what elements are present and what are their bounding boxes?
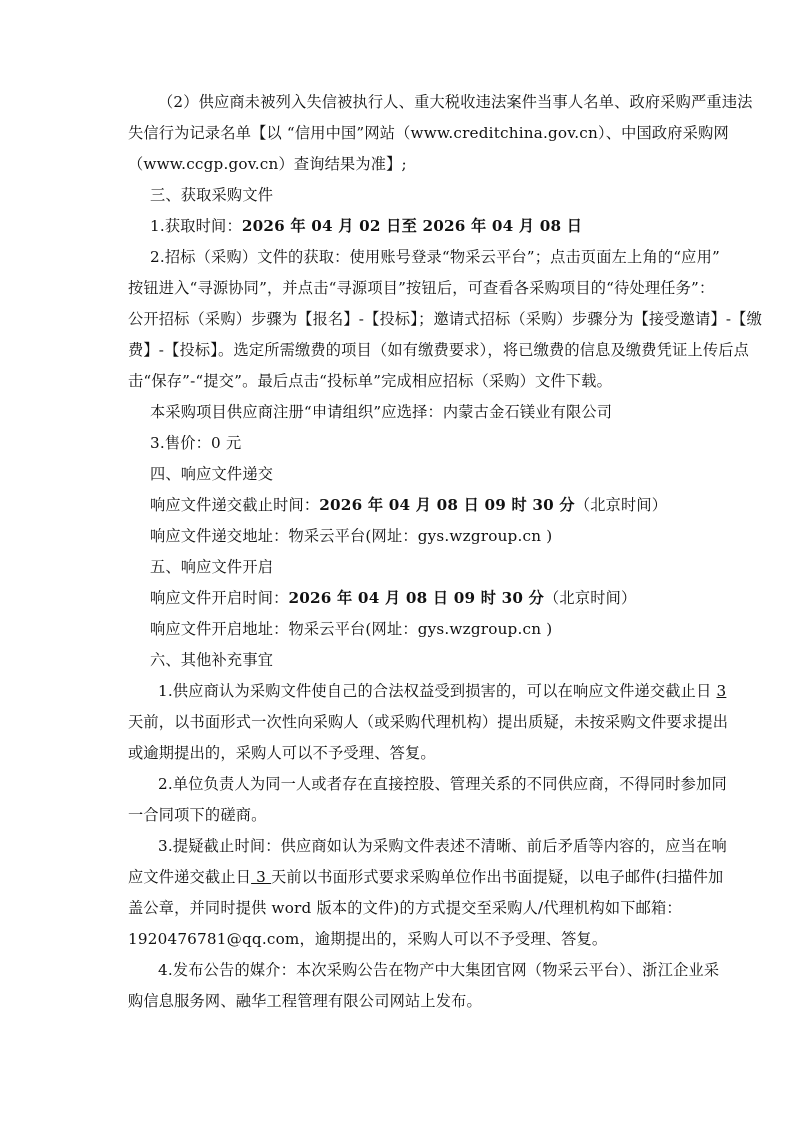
line-text: 3.提疑截止时间：供应商如认为采购文件表述不清晰、前后矛盾等内容的，应当在响 bbox=[158, 837, 727, 855]
paragraph-line: 本采购项目供应商注册“申请组织”应选择：内蒙古金石镁业有限公司 bbox=[150, 402, 684, 422]
timezone-note: （北京时间） bbox=[575, 496, 667, 514]
paragraph-line: 按钮进入“寻源协同”，并点击“寻源项目”按钮后，可查看各采购项目的“待处理任务”… bbox=[128, 278, 684, 298]
paragraph-line: 购信息服务网、融华工程管理有限公司网站上发布。 bbox=[128, 991, 684, 1011]
section-heading-5: 五、响应文件开启 bbox=[150, 557, 706, 577]
line-label: 1.获取时间： bbox=[150, 217, 242, 235]
paragraph-line: 失信行为记录名单【以 “信用中国”网站（www.creditchina.gov.… bbox=[128, 123, 684, 143]
line-text: 响应文件开启地址：物采云平台(网址：gys.wzgroup.cn ) bbox=[150, 620, 552, 638]
line-text: 本采购项目供应商注册“申请组织”应选择：内蒙古金石镁业有限公司 bbox=[150, 403, 612, 421]
paragraph-line: 1.供应商认为采购文件使自己的合法权益受到损害的，可以在响应文件递交截止日 3 bbox=[158, 681, 684, 701]
line-text: 1920476781@qq.com，逾期提出的，采购人可以不予受理、答复。 bbox=[128, 930, 607, 948]
heading-text: 六、其他补充事宜 bbox=[150, 651, 273, 669]
email-line: 1920476781@qq.com，逾期提出的，采购人可以不予受理、答复。 bbox=[128, 929, 684, 949]
line-text: 3.售价：0 元 bbox=[150, 434, 241, 452]
line-label: 响应文件开启时间： bbox=[150, 589, 289, 607]
submission-deadline: 2026 年 04 月 08 日 09 时 30 分 bbox=[319, 496, 575, 514]
line-text: 1.供应商认为采购文件使自己的合法权益受到损害的，可以在响应文件递交截止日 bbox=[158, 682, 716, 700]
line-text: 盖公章，并同时提供 word 版本的文件)的方式提交至采购人/代理机构如下邮箱： bbox=[128, 899, 682, 917]
paragraph-line: 应文件递交截止日 3 天前以书面形式要求采购单位作出书面提疑，以电子邮件(扫描件… bbox=[128, 867, 684, 887]
line-text: （2）供应商未被列入失信被执行人、重大税收违法案件当事人名单、政府采购严重违法 bbox=[158, 93, 753, 111]
line-text: 天前以书面形式要求采购单位作出书面提疑，以电子邮件(扫描件加 bbox=[271, 868, 723, 886]
paragraph-line: 响应文件递交地址：物采云平台(网址：gys.wzgroup.cn ) bbox=[150, 526, 684, 546]
line-label: 响应文件递交截止时间： bbox=[150, 496, 319, 514]
paragraph-line: 公开招标（采购）步骤为【报名】-【投标】；邀请式招标（采购）步骤分为【接受邀请】… bbox=[128, 309, 684, 329]
paragraph-line: 响应文件开启地址：物采云平台(网址：gys.wzgroup.cn ) bbox=[150, 619, 684, 639]
section-heading-3: 三、获取采购文件 bbox=[150, 185, 706, 205]
heading-text: 四、响应文件递交 bbox=[150, 465, 273, 483]
section-heading-6: 六、其他补充事宜 bbox=[150, 650, 706, 670]
paragraph-line: 盖公章，并同时提供 word 版本的文件)的方式提交至采购人/代理机构如下邮箱： bbox=[128, 898, 684, 918]
paragraph-line: 一合同项下的磋商。 bbox=[128, 805, 684, 825]
line-text: 费】-【投标】。选定所需缴费的项目（如有缴费要求），将已缴费的信息及缴费凭证上传… bbox=[128, 341, 749, 359]
line-text: 4.发布公告的媒介：本次采购公告在物产中大集团官网（物采云平台）、浙江企业采 bbox=[158, 961, 719, 979]
price-line: 3.售价：0 元 bbox=[150, 433, 706, 453]
line-text: 2.招标（采购）文件的获取：使用账号登录“物采云平台”；点击页面左上角的“应用” bbox=[150, 248, 720, 266]
heading-text: 三、获取采购文件 bbox=[150, 186, 273, 204]
paragraph-line: 或逾期提出的，采购人可以不予受理、答复。 bbox=[128, 743, 684, 763]
timezone-note: （北京时间） bbox=[544, 589, 636, 607]
paragraph-line: 费】-【投标】。选定所需缴费的项目（如有缴费要求），将已缴费的信息及缴费凭证上传… bbox=[128, 340, 684, 360]
acquisition-date-range: 2026 年 04 月 02 日至 2026 年 04 月 08 日 bbox=[242, 217, 582, 235]
paragraph-line: 2.招标（采购）文件的获取：使用账号登录“物采云平台”；点击页面左上角的“应用” bbox=[150, 247, 706, 267]
document-page: （2）供应商未被列入失信被执行人、重大税收违法案件当事人名单、政府采购严重违法 … bbox=[0, 0, 800, 1132]
opening-time: 2026 年 04 月 08 日 09 时 30 分 bbox=[289, 589, 545, 607]
line-text: 或逾期提出的，采购人可以不予受理、答复。 bbox=[128, 744, 436, 762]
line-text: 失信行为记录名单【以 “信用中国”网站（www.creditchina.gov.… bbox=[128, 124, 729, 142]
line-text: 公开招标（采购）步骤为【报名】-【投标】；邀请式招标（采购）步骤分为【接受邀请】… bbox=[128, 310, 762, 328]
line-text: 天前，以书面形式一次性向采购人（或采购代理机构）提出质疑，未按采购文件要求提出 bbox=[128, 713, 728, 731]
opening-time-line: 响应文件开启时间：2026 年 04 月 08 日 09 时 30 分（北京时间… bbox=[150, 588, 684, 608]
line-text: （www.ccgp.gov.cn）查询结果为准】; bbox=[128, 155, 407, 173]
submission-deadline-line: 响应文件递交截止时间：2026 年 04 月 08 日 09 时 30 分（北京… bbox=[150, 495, 684, 515]
line-text: 按钮进入“寻源协同”，并点击“寻源项目”按钮后，可查看各采购项目的“待处理任务”… bbox=[128, 279, 714, 297]
acquisition-time-line: 1.获取时间：2026 年 04 月 02 日至 2026 年 04 月 08 … bbox=[150, 216, 706, 236]
paragraph-line: 天前，以书面形式一次性向采购人（或采购代理机构）提出质疑，未按采购文件要求提出 bbox=[128, 712, 684, 732]
line-text: 击“保存”-“提交”。最后点击“投标单”完成相应招标（采购）文件下载。 bbox=[128, 372, 612, 390]
line-text: 2.单位负责人为同一人或者存在直接控股、管理关系的不同供应商，不得同时参加同 bbox=[158, 775, 727, 793]
paragraph-line: （www.ccgp.gov.cn）查询结果为准】; bbox=[128, 154, 684, 174]
heading-text: 五、响应文件开启 bbox=[150, 558, 273, 576]
paragraph-line: 4.发布公告的媒介：本次采购公告在物产中大集团官网（物采云平台）、浙江企业采 bbox=[158, 960, 684, 980]
paragraph-line: （2）供应商未被列入失信被执行人、重大税收违法案件当事人名单、政府采购严重违法 bbox=[158, 92, 684, 112]
days-value: 3 bbox=[251, 868, 271, 886]
paragraph-line: 击“保存”-“提交”。最后点击“投标单”完成相应招标（采购）文件下载。 bbox=[128, 371, 684, 391]
paragraph-line: 3.提疑截止时间：供应商如认为采购文件表述不清晰、前后矛盾等内容的，应当在响 bbox=[158, 836, 684, 856]
line-text: 响应文件递交地址：物采云平台(网址：gys.wzgroup.cn ) bbox=[150, 527, 552, 545]
section-heading-4: 四、响应文件递交 bbox=[150, 464, 706, 484]
days-value: 3 bbox=[716, 682, 726, 700]
paragraph-line: 2.单位负责人为同一人或者存在直接控股、管理关系的不同供应商，不得同时参加同 bbox=[158, 774, 684, 794]
line-text: 应文件递交截止日 bbox=[128, 868, 251, 886]
line-text: 一合同项下的磋商。 bbox=[128, 806, 267, 824]
line-text: 购信息服务网、融华工程管理有限公司网站上发布。 bbox=[128, 992, 482, 1010]
